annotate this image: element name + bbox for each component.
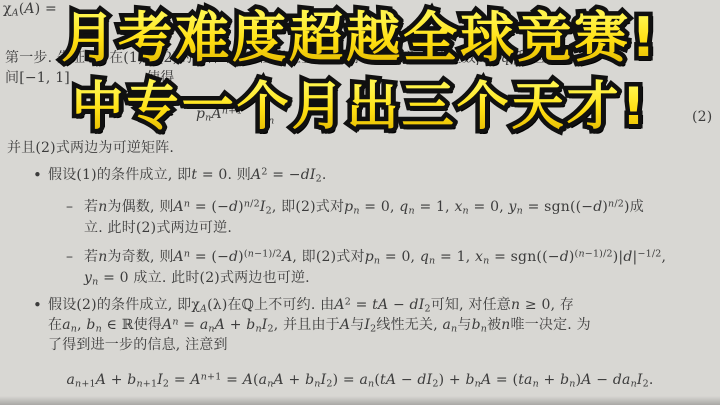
overlay-title-line1: 月考难度超越全球竞赛! 月考难度超越全球竞赛! bbox=[0, 0, 720, 72]
math-line-odd-2: yn = 0 成立. 此时(2)式两边也可逆. bbox=[84, 270, 310, 288]
math-final-equation: an+1A + bn+1I2 = An+1 = A(anA + bnI2) = … bbox=[0, 372, 720, 390]
overlay-title-line2: 中专一个月出三个天才! 中专一个月出三个天才! bbox=[0, 64, 720, 139]
math-line-even-2: 立. 此时(2)式两边可逆. bbox=[84, 220, 232, 238]
math-line-assume2-3: 了得到进一步的信息, 注意到 bbox=[48, 337, 228, 355]
math-line-assume2-1: 假设(2)的条件成立, 即χA(λ)在ℚ上不可约. 由A2 = tA − dI2… bbox=[48, 297, 574, 315]
title-fill-layer: 中专一个月出三个天才! bbox=[72, 77, 649, 137]
title-fill-layer: 月考难度超越全球竞赛! bbox=[61, 6, 659, 69]
math-line-invertible: 并且(2)式两边为可逆矩阵. bbox=[7, 140, 174, 158]
bullet-marker: • bbox=[33, 166, 42, 185]
bullet-marker: • bbox=[33, 296, 42, 315]
dash-marker: – bbox=[66, 249, 73, 267]
dash-marker: – bbox=[66, 199, 73, 217]
math-line-even-1: 若n为偶数, 则An = (−d)n/2I2, 即(2)式对pn = 0, qn… bbox=[84, 199, 644, 217]
math-line-odd-1: 若n为奇数, 则An = (−d)(n−1)/2A, 即(2)式对pn = 0,… bbox=[84, 249, 666, 267]
math-line-assume1: 假设(1)的条件成立, 即t = 0. 则A2 = −dI2. bbox=[48, 167, 327, 185]
bottom-shadow-strip bbox=[0, 396, 720, 405]
math-line-assume2-2: 在an, bn ∈ ℝ使得An = anA + bnI2, 并且由于A与I2线性… bbox=[48, 317, 591, 335]
video-thumbnail: χA(A) = 第一步. 先证明: 在(1)或(2)的条件下, 对任意正整数n,… bbox=[0, 0, 720, 405]
